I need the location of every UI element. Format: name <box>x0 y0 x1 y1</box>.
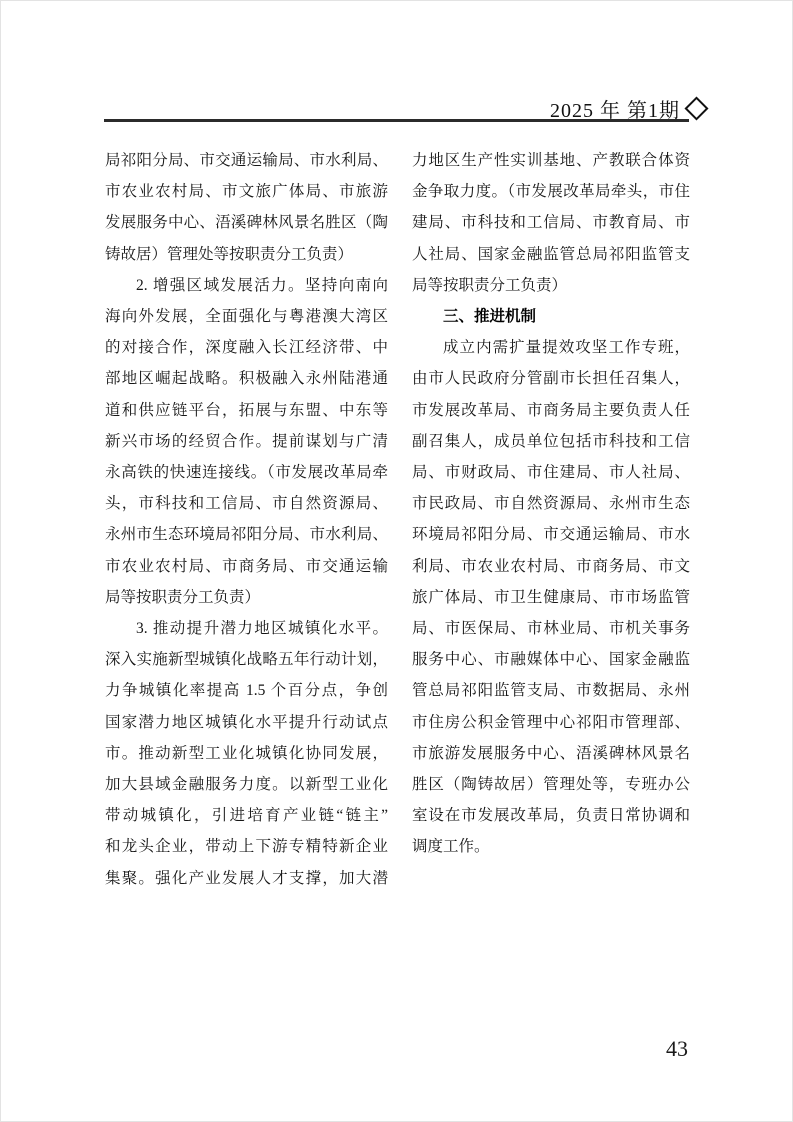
text-line: 市发展改革局、市商务局主要负责人任 <box>412 395 690 426</box>
text-line: 成立内需扩量提效攻坚工作专班， <box>412 332 690 363</box>
text-line: 带动城镇化，引进培育产业链“链主” <box>105 800 388 831</box>
text-line: 新兴市场的经贸合作。提前谋划与广清 <box>105 426 388 457</box>
text-line: 铸故居）管理处等按职责分工负责） <box>105 239 388 270</box>
header-rule <box>104 119 689 122</box>
text-line: 利局、市农业农村局、市商务局、市文 <box>412 551 690 582</box>
text-line: 局等按职责分工负责） <box>105 582 388 613</box>
text-line: 金争取力度。（市发展改革局牵头，市住 <box>412 176 690 207</box>
text-line: 力争城镇化率提高 1.5 个百分点，争创 <box>105 675 388 706</box>
text-line: 部地区崛起战略。积极融入永州陆港通 <box>105 363 388 394</box>
text-line: 加大县域金融服务力度。以新型工业化 <box>105 769 388 800</box>
diamond-icon <box>684 96 708 120</box>
text-line: 3. 推动提升潜力地区城镇化水平。 <box>105 613 388 644</box>
text-line: 人社局、国家金融监管总局祁阳监管支 <box>412 239 690 270</box>
text-line: 胜区（陶铸故居）管理处等，专班办公 <box>412 769 690 800</box>
text-line: 市旅游发展服务中心、浯溪碑林风景名 <box>412 738 690 769</box>
left-column: 局祁阳分局、市交通运输局、市水利局、市农业农村局、市文旅广体局、市旅游发展服务中… <box>105 145 388 894</box>
text-line: 永州市生态环境局祁阳分局、市水利局、 <box>105 519 388 550</box>
text-line: 建局、市科技和工信局、市教育局、市 <box>412 207 690 238</box>
text-line: 海向外发展，全面强化与粤港澳大湾区 <box>105 301 388 332</box>
text-line: 由市人民政府分管副市长担任召集人， <box>412 363 690 394</box>
text-line: 国家潜力地区城镇化水平提升行动试点 <box>105 707 388 738</box>
text-line: 局等按职责分工负责） <box>412 270 690 301</box>
text-line: 永高铁的快速连接线。（市发展改革局牵 <box>105 457 388 488</box>
text-line: 发展服务中心、浯溪碑林风景名胜区（陶 <box>105 207 388 238</box>
text-line: 室设在市发展改革局，负责日常协调和 <box>412 800 690 831</box>
right-column: 力地区生产性实训基地、产教联合体资金争取力度。（市发展改革局牵头，市住建局、市科… <box>412 145 690 863</box>
text-line: 2. 增强区域发展活力。坚持向南向 <box>105 270 388 301</box>
text-line: 道和供应链平台，拓展与东盟、中东等 <box>105 395 388 426</box>
text-line: 副召集人，成员单位包括市科技和工信 <box>412 426 690 457</box>
text-line: 局、市财政局、市住建局、市人社局、 <box>412 457 690 488</box>
document-page: 2025 年 第1期 局祁阳分局、市交通运输局、市水利局、市农业农村局、市文旅广… <box>0 0 793 1122</box>
text-line: 三、推进机制 <box>412 301 690 332</box>
text-line: 旅广体局、市卫生健康局、市市场监管 <box>412 582 690 613</box>
text-line: 的对接合作，深度融入长江经济带、中 <box>105 332 388 363</box>
text-line: 市农业农村局、市商务局、市交通运输 <box>105 551 388 582</box>
text-line: 管总局祁阳监管支局、市数据局、永州 <box>412 675 690 706</box>
text-line: 深入实施新型城镇化战略五年行动计划， <box>105 644 388 675</box>
text-line: 局、市医保局、市林业局、市机关事务 <box>412 613 690 644</box>
text-line: 服务中心、市融媒体中心、国家金融监 <box>412 644 690 675</box>
text-line: 环境局祁阳分局、市交通运输局、市水 <box>412 519 690 550</box>
text-line: 局祁阳分局、市交通运输局、市水利局、 <box>105 145 388 176</box>
text-line: 头，市科技和工信局、市自然资源局、 <box>105 488 388 519</box>
text-line: 调度工作。 <box>412 831 690 862</box>
page-number: 43 <box>666 1036 688 1062</box>
text-line: 市。推动新型工业化城镇化协同发展， <box>105 738 388 769</box>
text-line: 市农业农村局、市文旅广体局、市旅游 <box>105 176 388 207</box>
text-line: 市民政局、市自然资源局、永州市生态 <box>412 488 690 519</box>
text-line: 和龙头企业，带动上下游专精特新企业 <box>105 831 388 862</box>
text-line: 市住房公积金管理中心祁阳市管理部、 <box>412 707 690 738</box>
text-line: 集聚。强化产业发展人才支撑，加大潜 <box>105 863 388 894</box>
text-line: 力地区生产性实训基地、产教联合体资 <box>412 145 690 176</box>
